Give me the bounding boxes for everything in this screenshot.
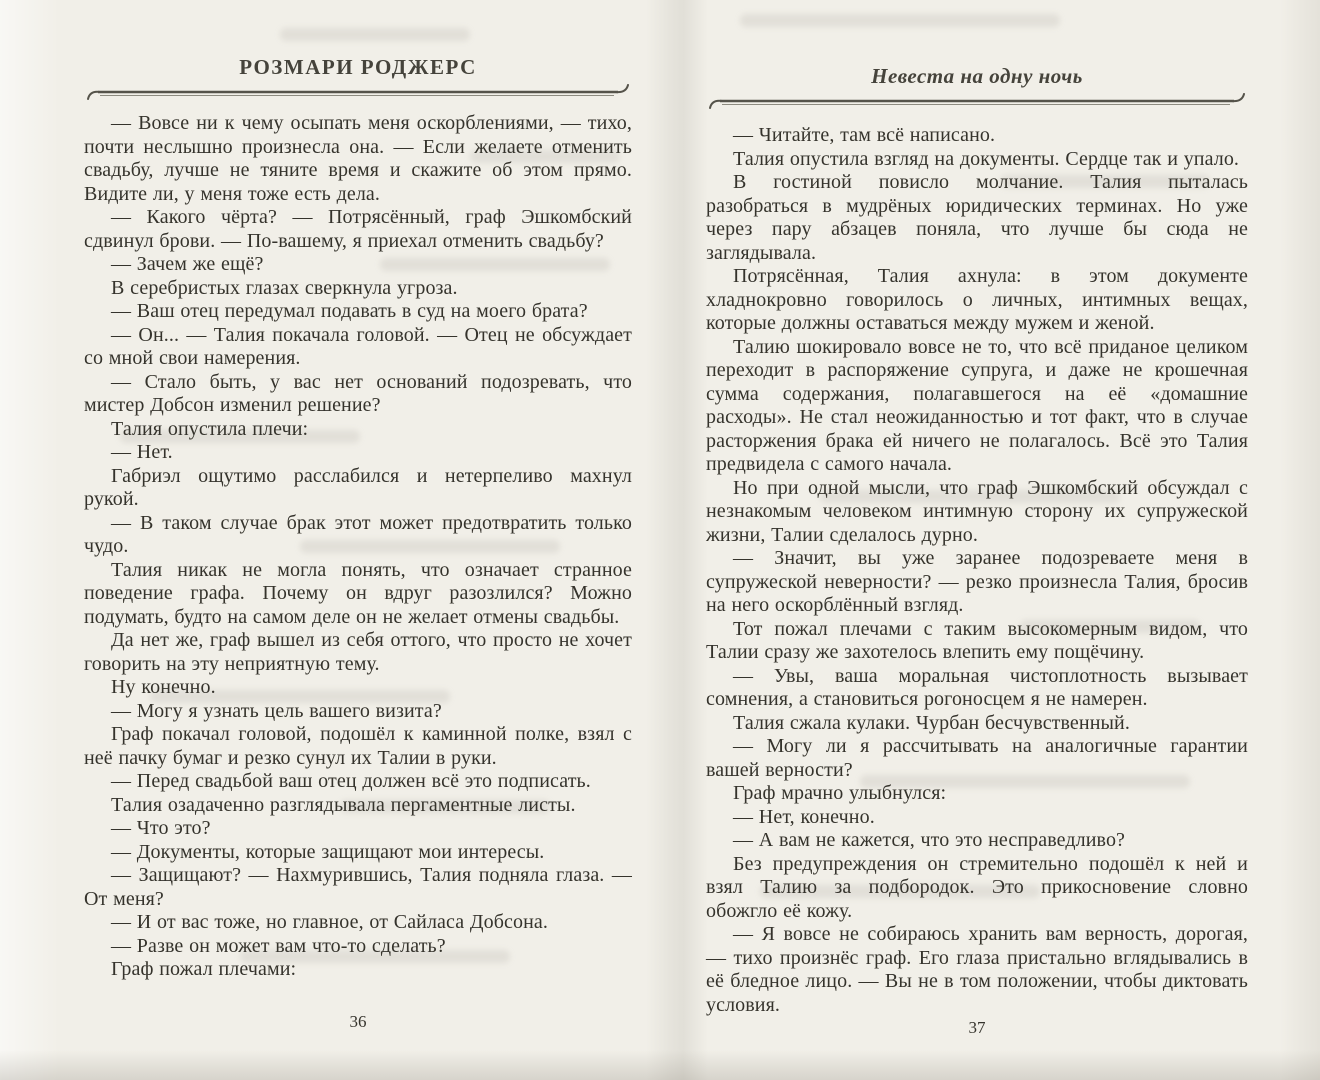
header-rule-ornament — [706, 93, 1248, 111]
right-edge-shadow — [1280, 0, 1320, 1080]
paragraph: Да нет же, граф вышел из себя оттого, чт… — [84, 629, 632, 676]
paragraph: — Что это? — [84, 817, 632, 841]
paragraph: Без предупреждения он стремительно подош… — [706, 853, 1248, 924]
paragraph: Габриэл ощутимо расслабился и нетерпелив… — [84, 465, 632, 512]
bleed-through-mark — [740, 14, 1060, 27]
running-head-author: РОЗМАРИ РОДЖЕРС — [84, 55, 632, 80]
book-spread: РОЗМАРИ РОДЖЕРС — Вовсе ни к чему осыпат… — [0, 0, 1320, 1080]
right-page-text: — Читайте, там всё написано.Талия опусти… — [706, 124, 1248, 1017]
paragraph: Потрясённая, Талия ахнула: в этом докуме… — [706, 265, 1248, 336]
paragraph: Граф покачал головой, подошёл к каминной… — [84, 723, 632, 770]
paragraph: Граф мрачно улыбнулся: — [706, 782, 1248, 806]
right-page-header: Невеста на одну ночь — [706, 64, 1248, 111]
paragraph: Тот пожал плечами с таким высокомерным в… — [706, 618, 1248, 665]
left-page-number: 36 — [84, 1012, 632, 1032]
paragraph: В гостиной повисло молчание. Талия пытал… — [706, 171, 1248, 265]
paragraph: Талию шокировало вовсе не то, что всё пр… — [706, 336, 1248, 477]
page-gutter-shadow — [646, 0, 708, 1080]
paragraph: — Могу ли я рассчитывать на аналогичные … — [706, 735, 1248, 782]
paragraph: — Стало быть, у вас нет оснований подозр… — [84, 371, 632, 418]
header-rule-ornament — [84, 84, 632, 102]
paragraph: Талия никак не могла понять, что означае… — [84, 559, 632, 630]
left-page-text: — Вовсе ни к чему осыпать меня оскорблен… — [84, 112, 632, 982]
paragraph: Ну конечно. — [84, 676, 632, 700]
paragraph: Талия озадаченно разглядывала пергаментн… — [84, 794, 632, 818]
paragraph: Талия опустила плечи: — [84, 418, 632, 442]
paragraph: — Он... — Талия покачала головой. — Отец… — [84, 324, 632, 371]
paragraph: — Какого чёрта? — Потрясённый, граф Эшко… — [84, 206, 632, 253]
paragraph: Но при одной мысли, что граф Эшкомбский … — [706, 477, 1248, 548]
paragraph: — Нет, конечно. — [706, 806, 1248, 830]
bottom-edge-shadow — [0, 1050, 1320, 1080]
paragraph: — Защищают? — Нахмурившись, Талия поднял… — [84, 864, 632, 911]
paragraph: — В таком случае брак этот может предотв… — [84, 512, 632, 559]
paragraph: — И от вас тоже, но главное, от Сайласа … — [84, 911, 632, 935]
left-edge-highlight — [0, 0, 60, 1080]
running-head-title: Невеста на одну ночь — [706, 64, 1248, 89]
paragraph: — Зачем же ещё? — [84, 253, 632, 277]
paragraph: В серебристых глазах сверкнула угроза. — [84, 277, 632, 301]
paragraph: — Увы, ваша моральная чистоплотность выз… — [706, 665, 1248, 712]
paragraph: — Перед свадьбой ваш отец должен всё это… — [84, 770, 632, 794]
paragraph: Талия опустила взгляд на документы. Серд… — [706, 148, 1248, 172]
paragraph: — Ваш отец передумал подавать в суд на м… — [84, 300, 632, 324]
bleed-through-mark — [280, 28, 470, 41]
paragraph: — А вам не кажется, что это несправедлив… — [706, 829, 1248, 853]
left-page-header: РОЗМАРИ РОДЖЕРС — [84, 55, 632, 102]
paragraph: — Нет. — [84, 441, 632, 465]
paragraph: — Разве он может вам что-то сделать? — [84, 935, 632, 959]
paragraph: — Могу я узнать цель вашего визита? — [84, 700, 632, 724]
paragraph: — Вовсе ни к чему осыпать меня оскорблен… — [84, 112, 632, 206]
paragraph: — Документы, которые защищают мои интере… — [84, 841, 632, 865]
paragraph: — Значит, вы уже заранее подозреваете ме… — [706, 547, 1248, 618]
paragraph: — Я вовсе не собираюсь хранить вам верно… — [706, 923, 1248, 1017]
paragraph: Граф пожал плечами: — [84, 958, 632, 982]
right-page-number: 37 — [706, 1018, 1248, 1038]
paragraph: — Читайте, там всё написано. — [706, 124, 1248, 148]
paragraph: Талия сжала кулаки. Чурбан бесчувственны… — [706, 712, 1248, 736]
